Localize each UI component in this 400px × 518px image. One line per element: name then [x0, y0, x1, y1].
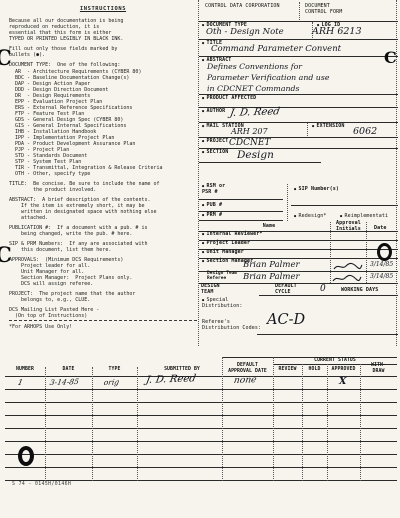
document-type-list: AR - Architecture Requirements (CYBER 80…	[9, 69, 197, 177]
form-name: DOCUMENT CONTROL FORM	[305, 4, 342, 15]
default-approval-header: DEFAULT APPROVAL DATE	[222, 363, 273, 374]
rule	[199, 220, 283, 221]
design-team-label: DESIGN TEAM	[201, 284, 220, 295]
rule	[5, 428, 397, 429]
redesign-label: Redesign*	[294, 214, 327, 220]
extension-label: EXTENSION	[312, 124, 345, 130]
author-label: AUTHOR	[202, 109, 225, 115]
rule	[5, 454, 397, 455]
withdrawn-header: WITH- DRAW	[360, 363, 397, 374]
log-id-value: ARH 6213	[312, 26, 362, 37]
approval-row-project-leader: Project Leader	[202, 241, 250, 247]
log-row-submitted-by: J. D. Reed	[145, 373, 197, 386]
mailing-list-note: DCS Mailing List Pasted Here - (On top o…	[9, 307, 197, 319]
rule	[259, 295, 398, 296]
rule	[5, 480, 397, 481]
field-divider	[307, 123, 308, 138]
instructions-intro: Because all our documentation is being r…	[9, 18, 197, 42]
rule	[5, 467, 397, 468]
rule	[291, 205, 398, 206]
log-row-date: 3-14-85	[49, 377, 80, 387]
rule	[199, 283, 398, 284]
column-line	[360, 364, 361, 481]
hold-header: HOLD	[302, 367, 327, 373]
author-value: J. D. Reed	[229, 106, 281, 119]
publication-note: PUBLICATION #: If a document with a pub.…	[9, 225, 197, 237]
reimplementation-label: Reimplementati	[340, 214, 388, 220]
rule	[5, 415, 397, 416]
default-cycle-value: 0	[320, 284, 326, 294]
prm-label: PRM #	[202, 213, 222, 219]
arh-use-only-note: *For ARHOPS Use Only!	[9, 324, 197, 330]
registration-mark-o	[377, 243, 392, 261]
section-label: SECTION	[202, 150, 228, 156]
title-value: Command Parameter Convent	[211, 44, 341, 54]
referee-codes-label: Referee's Distribution Codes:	[202, 320, 261, 331]
dashed-divider	[9, 320, 197, 321]
log-row-default-approval: none	[233, 375, 257, 386]
document-type-value: Oth - Design Note	[206, 27, 284, 37]
sip-prm-note: SIP & PRM Numbers: If any are associated…	[9, 241, 197, 253]
special-distribution-label: Special Distribution:	[202, 298, 242, 309]
column-line	[327, 364, 328, 481]
rule	[199, 148, 398, 149]
rule	[257, 334, 398, 335]
rule	[5, 389, 397, 390]
rule	[199, 107, 398, 108]
rule	[5, 402, 397, 403]
approval-row-design-team-referee: Design Team Referee	[207, 271, 237, 281]
section-manager-date: 3/14/85	[370, 261, 393, 268]
registration-mark-o	[18, 446, 34, 466]
log-row-number: 1	[17, 378, 24, 387]
approval-row-unit-manager: Unit Manager	[202, 250, 244, 256]
project-label: PROJECT	[202, 139, 228, 145]
instructions-fill-note: Fill out only those fields marked by bul…	[9, 46, 197, 58]
column-line	[222, 357, 223, 481]
rule	[199, 39, 398, 40]
review-header: REVIEW	[273, 367, 302, 373]
type-header: TYPE	[92, 367, 137, 373]
log-row-type: orig	[103, 377, 120, 387]
mail-station-value: ARH 207	[231, 127, 268, 136]
sip-numbers-label: SIP Number(s)	[294, 187, 339, 193]
submitted-by-header: SUBMITTED BY	[137, 367, 227, 373]
approvals-note: APPROVALS: (Minimum DCS Requirements) Pr…	[9, 257, 197, 287]
rule	[5, 441, 397, 442]
date-header: DATE	[45, 367, 92, 373]
referee-codes-value: AC-D	[267, 312, 305, 328]
column-line	[273, 357, 274, 481]
product-affected-label: PRODUCT AFFECTED	[202, 96, 256, 102]
working-days-label: WORKING DAYS	[341, 288, 378, 294]
approved-header: APPROVED	[327, 367, 360, 373]
log-row-approved-mark: X	[339, 376, 346, 387]
initials-scribble	[332, 274, 362, 283]
document-type-heading: DOCUMENT TYPE: One of the following:	[9, 62, 197, 68]
default-cycle-label: DEFAULT CYCLE	[275, 284, 297, 295]
column-line	[45, 367, 46, 481]
approval-row-internal-reviewer: Internal Reviewer*	[202, 232, 263, 238]
approvals-name-header: Name	[229, 224, 309, 230]
company-name: CONTROL DATA CORPORATION	[205, 4, 299, 10]
form-fields-panel: CONTROL DATA CORPORATION DOCUMENT CONTRO…	[199, 0, 398, 346]
design-team-referee-date: 3/14/85	[370, 273, 393, 280]
submission-log-table: CURRENT STATUS NUMBER DATE TYPE SUBMITTE…	[5, 350, 397, 482]
rsm-psr-label: RSM or PSR #	[202, 184, 225, 195]
form-number-footer: S 74 - 0145H/0146H	[12, 482, 71, 487]
registration-mark-c: C	[0, 47, 12, 68]
registration-mark-c: C	[384, 50, 397, 66]
column-line	[137, 367, 138, 481]
instructions-panel: INSTRUCTIONS Because all our documentati…	[9, 6, 197, 334]
header-divider	[299, 2, 300, 20]
initials-scribble	[333, 262, 363, 271]
column-line	[92, 367, 93, 481]
column-line	[302, 364, 303, 481]
pub-label: PUB #	[202, 203, 222, 209]
project-value: CDCNET	[229, 138, 270, 148]
number-header: NUMBER	[5, 367, 45, 373]
abstract-value: Defines Conventions for Parameter Verifi…	[207, 62, 329, 94]
title-note: TITLE: Be concise. Be sure to include th…	[9, 181, 197, 193]
section-manager-name: Brian Palmer	[243, 260, 300, 270]
project-note: PROJECT: The project name that the autho…	[9, 291, 197, 303]
rule	[199, 199, 283, 200]
design-team-referee-name: Brian Palmer	[243, 272, 300, 282]
registration-mark-c: C	[0, 244, 12, 265]
scanned-document-control-form: INSTRUCTIONS Because all our documentati…	[0, 0, 400, 518]
section-value: Design	[237, 149, 274, 161]
field-divider	[287, 184, 288, 221]
abstract-note: ABSTRACT: A brief description of the con…	[9, 197, 197, 221]
instructions-title: INSTRUCTIONS	[9, 6, 197, 12]
extension-value: 6062	[353, 126, 377, 137]
rule	[199, 162, 321, 163]
